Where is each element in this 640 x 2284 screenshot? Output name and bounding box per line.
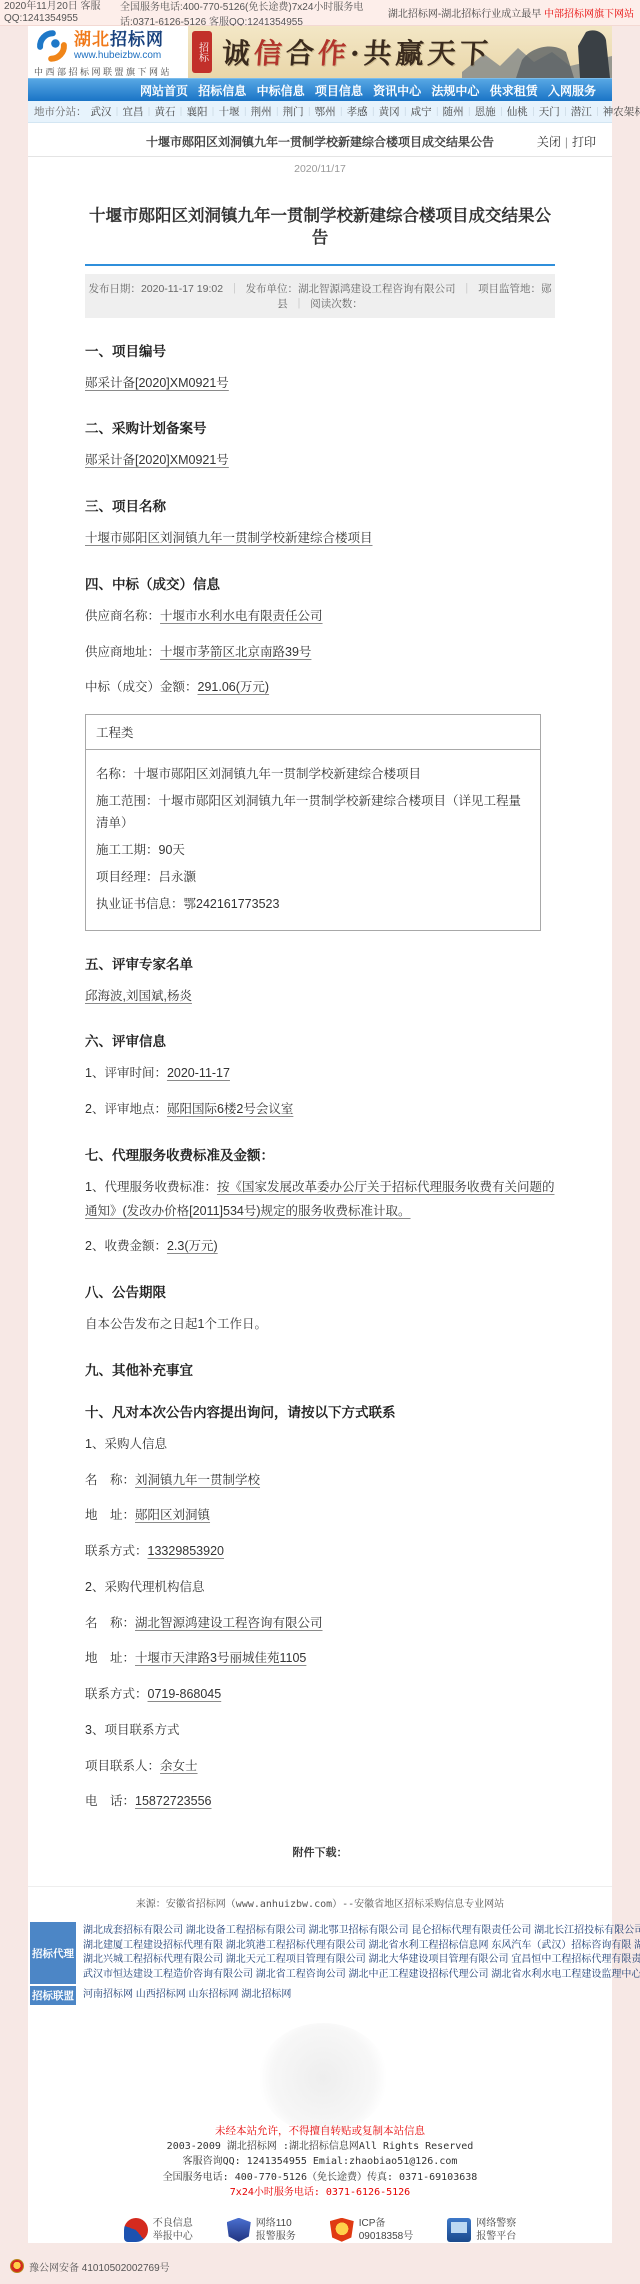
agency-address: 十堰市天津路3号丽城佳苑1105 <box>135 1651 306 1665</box>
copy-warning: 未经本站允许，不得擅自转贴或复制本站信息 <box>28 2123 612 2139</box>
expert-list: 邱海波,刘国斌,杨炎 <box>85 989 192 1003</box>
supplier-address-line: 供应商地址：十堰市茅箭区北京南路39号 <box>85 641 555 665</box>
article-title: 十堰市郧阳区刘洞镇九年一贯制学校新建综合楼项目成交结果公告 <box>85 205 555 250</box>
supplier-name: 十堰市水利水电有限责任公司 <box>160 609 323 623</box>
calligraphy-tail: ·共赢天下 <box>349 37 493 70</box>
agency-fee-standard-line: 1、代理服务收费标准：按《国家发展改革委办公厅关于招标代理服务收费有关问题的通知… <box>85 1176 555 1224</box>
main-nav: 网站首页 招标信息 中标信息 项目信息 资讯中心 法规中心 供求租赁 入网服务 <box>28 78 612 101</box>
section-8-heading: 八、公告期限 <box>85 1281 555 1301</box>
table-row: 项目经理：吕永灏 <box>96 867 530 888</box>
project-phone-line: 电 话：15872723556 <box>85 1790 555 1814</box>
region-link-xianning[interactable]: 咸宁 <box>400 104 432 119</box>
agency-fee-amount-line: 2、收费金额：2.3(万元) <box>85 1235 555 1259</box>
section-7-heading: 七、代理服务收费标准及金额： <box>85 1144 555 1164</box>
beian-row: 豫公网安备 41010502002769号 <box>0 2251 640 2284</box>
region-link-wuhan[interactable]: 武汉 <box>91 104 112 119</box>
region-link-huangshi[interactable]: 黄石 <box>144 104 176 119</box>
review-time: 2020-11-17 <box>167 1066 230 1080</box>
agency-links-line[interactable]: 湖北建厦工程建设招标代理有限 湖北筑港工程招标代理有限公司 湖北省水利工程招标信… <box>83 1939 640 1954</box>
footer-copyright: 未经本站允许，不得擅自转贴或复制本站信息 2003-2009 湖北招标网 :湖北… <box>28 2007 612 2243</box>
project-phone: 15872723556 <box>135 1794 211 1808</box>
works-info-table: 工程类 名称：十堰市郧阳区刘洞镇九年一贯制学校新建综合楼项目 施工范围：十堰市郧… <box>85 714 541 931</box>
nav-item-regulation-center[interactable]: 法规中心 <box>431 82 479 99</box>
purchaser-name-line: 名 称：刘洞镇九年一贯制学校 <box>85 1469 555 1493</box>
phone-line: 全国服务电话: 400-770-5126（免长途费）传真: 0371-69103… <box>28 2170 612 2186</box>
bid-seal-icon: 招标 <box>192 31 212 73</box>
project-contact-group-title: 3、项目联系方式 <box>85 1719 555 1743</box>
alliance-list-label: 招标联盟 <box>30 1986 76 2005</box>
agency-tel: 0719-868045 <box>148 1687 222 1701</box>
procurement-plan-number: 郧采计备[2020]XM0921号 <box>85 453 229 467</box>
print-button[interactable]: 打印 <box>572 135 596 149</box>
agency-links-line[interactable]: 武汉市恒达建设工程造价咨询有限公司 湖北省工程咨询公司 湖北中正工程建设招标代理… <box>83 1968 640 1983</box>
topbar: 2020年11月20日 客服QQ:1241354955 全国服务电话:400-7… <box>0 0 640 26</box>
calligraphy-char-red: 作 <box>317 37 351 70</box>
topbar-parent-site-link[interactable]: 中部招标网旗下网站 <box>544 9 634 20</box>
announcement-period: 自本公告发布之日起1个工作日。 <box>85 1313 555 1337</box>
region-link-jingzhou[interactable]: 荆州 <box>240 104 272 119</box>
topbar-service-phone: 全国服务电话:400-770-5126(免长途费)7x24小时服务电话:0371… <box>120 0 380 28</box>
contact-line: 客服咨询QQ: 1241354955 Emial:zhaobiao51@126.… <box>28 2154 612 2170</box>
site-name-part2: 招标网 <box>110 30 164 49</box>
icp-badge[interactable]: ICP备09018358号 <box>330 2217 414 2243</box>
article-source: 来源：安徽省招标网（www.anhuizbw.com）--安徽省地区招标采购信息… <box>28 1886 612 1920</box>
titlebar-title: 十堰市郧阳区刘洞镇九年一贯制学校新建综合楼项目成交结果公告 <box>44 133 596 150</box>
agency-links-line[interactable]: 湖北兴城工程招标代理有限公司 湖北天元工程项目管理有限公司 湖北大华建设项目管理… <box>83 1953 640 1968</box>
agency-name: 湖北智源鸿建设工程咨询有限公司 <box>135 1616 323 1630</box>
public-security-badge-icon <box>10 2259 24 2273</box>
region-link-qianjiang[interactable]: 潜江 <box>560 104 592 119</box>
purchaser-tel-line: 联系方式：13329853920 <box>85 1540 555 1564</box>
section-6-heading: 六、评审信息 <box>85 1030 555 1050</box>
table-row: 执业证书信息：鄂242161773523 <box>96 894 530 915</box>
police-shield-icon <box>227 2218 251 2242</box>
site-name-part1: 湖北 <box>74 30 110 49</box>
region-link-enshi[interactable]: 恩施 <box>464 104 496 119</box>
agency-links[interactable]: 湖北成套招标有限公司 湖北设备工程招标有限公司 湖北鄂卫招标有限公司 昆仑招标代… <box>79 1922 640 1984</box>
purchaser-address-line: 地 址：郧阳区刘洞镇 <box>85 1504 555 1528</box>
title-underline-rule <box>85 264 555 266</box>
hotline-line: 7x24小时服务电话: 0371-6126-5126 <box>28 2185 612 2201</box>
region-link-xiaogan[interactable]: 孝感 <box>336 104 368 119</box>
topbar-date-qq: 2020年11月20日 客服QQ:1241354955 <box>4 1 112 24</box>
site-header: 湖北招标网 www.hubeizbw.com 中西部招标网联盟旗下网站 招标 诚… <box>28 26 612 78</box>
banner-calligraphy: 诚信合作·共赢天下 <box>221 32 494 72</box>
close-button[interactable]: 关闭 <box>537 135 561 149</box>
project-number: 郧采计备[2020]XM0921号 <box>85 376 229 390</box>
nav-item-project-info[interactable]: 项目信息 <box>315 82 363 99</box>
alliance-links[interactable]: 河南招标网 山西招标网 山东招标网 湖北招标网 <box>79 1986 610 2005</box>
alliance-links-line[interactable]: 河南招标网 山西招标网 山东招标网 湖北招标网 <box>83 1988 606 2003</box>
titlebar-date: 2020/11/17 <box>28 157 612 179</box>
site-logo-text: 湖北招标网 www.hubeizbw.com <box>74 31 164 62</box>
region-link-xiantao[interactable]: 仙桃 <box>496 104 528 119</box>
region-link-huanggang[interactable]: 黄冈 <box>368 104 400 119</box>
review-place: 郧阳国际6楼2号会议室 <box>167 1102 293 1116</box>
agency-fee-amount: 2.3(万元) <box>167 1239 218 1253</box>
region-label: 地市分站： <box>34 104 87 119</box>
topbar-site-claim: 湖北招标网-湖北招标行业成立最早 <box>388 9 541 20</box>
region-link-shennongjia[interactable]: 神农架林区 <box>592 104 640 119</box>
nav-item-membership[interactable]: 入网服务 <box>548 82 596 99</box>
topbar-right: 湖北招标网-湖北招标行业成立最早 中部招标网旗下网站 <box>388 5 636 20</box>
footer-links: 招标代理 湖北成套招标有限公司 湖北设备工程招标有限公司 湖北鄂卫招标有限公司 … <box>28 1920 612 2005</box>
region-link-suizhou[interactable]: 随州 <box>432 104 464 119</box>
agency-tel-line: 联系方式：0719-868045 <box>85 1683 555 1707</box>
page: 2020年11月20日 客服QQ:1241354955 全国服务电话:400-7… <box>0 0 640 2284</box>
meta-publish-date: 发布日期：2020-11-17 19:02 <box>88 283 223 295</box>
site-url: www.hubeizbw.com <box>74 50 164 62</box>
article-meta: 发布日期：2020-11-17 19:02发布单位：湖北智源鸿建设工程咨询有限公… <box>85 274 555 318</box>
agency-links-line[interactable]: 湖北成套招标有限公司 湖北设备工程招标有限公司 湖北鄂卫招标有限公司 昆仑招标代… <box>83 1924 640 1939</box>
award-amount: 291.06(万元) <box>198 680 270 694</box>
calligraphy-char-red: 信 <box>253 37 287 70</box>
calligraphy-char: 诚 <box>221 37 255 70</box>
project-contact-line: 项目联系人：余女士 <box>85 1755 555 1779</box>
project-contact: 余女士 <box>160 1759 198 1773</box>
review-place-line: 2、评审地点：郧阳国际6楼2号会议室 <box>85 1098 555 1122</box>
site-container: 湖北招标网 www.hubeizbw.com 中西部招标网联盟旗下网站 招标 诚… <box>28 26 612 2243</box>
supplier-name-line: 供应商名称：十堰市水利水电有限责任公司 <box>85 605 555 629</box>
review-time-line: 1、评审时间：2020-11-17 <box>85 1062 555 1086</box>
region-link-yichang[interactable]: 宜昌 <box>112 104 144 119</box>
region-link-tianmen[interactable]: 天门 <box>528 104 560 119</box>
section-5-heading: 五、评审专家名单 <box>85 953 555 973</box>
region-link-jingmen[interactable]: 荆门 <box>272 104 304 119</box>
net-police-monitor-icon <box>447 2218 471 2242</box>
table-row: 名称：十堰市郧阳区刘洞镇九年一贯制学校新建综合楼项目 <box>96 764 530 785</box>
net-police-badge[interactable]: 网络警察报警平台 <box>447 2217 516 2243</box>
supplier-address: 十堰市茅箭区北京南路39号 <box>160 645 311 659</box>
nav-item-supply-demand[interactable]: 供求租赁 <box>490 82 538 99</box>
section-4-heading: 四、中标（成交）信息 <box>85 573 555 593</box>
region-link-xiangyang[interactable]: 襄阳 <box>176 104 208 119</box>
purchaser-name: 刘洞镇九年一贯制学校 <box>135 1473 260 1487</box>
meta-views: 阅读次数： <box>288 298 363 310</box>
region-link-ezhou[interactable]: 鄂州 <box>304 104 336 119</box>
region-bar: 地市分站： 武汉 宜昌 黄石 襄阳 十堰 荆州 荆门 鄂州 孝感 黄冈 咸宁 随… <box>28 101 612 123</box>
attachment-download-label: 附件下载： <box>85 1844 555 1860</box>
agency-list-label: 招标代理 <box>30 1922 76 1984</box>
section-9-heading: 九、其他补充事宜 <box>85 1359 555 1379</box>
agency-address-line: 地 址：十堰市天津路3号丽城佳苑1105 <box>85 1647 555 1671</box>
nav-item-home[interactable]: 网站首页 <box>140 82 188 99</box>
meta-publisher: 发布单位：湖北智源鸿建设工程咨询有限公司 <box>223 283 456 295</box>
nav-item-winning-info[interactable]: 中标信息 <box>257 82 305 99</box>
purchaser-group-title: 1、采购人信息 <box>85 1433 555 1457</box>
bad-info-report-badge[interactable]: 不良信息举报中心 <box>124 2217 193 2243</box>
calligraphy-char: 合 <box>285 37 319 70</box>
site-slogan: 中西部招标网联盟旗下网站 <box>34 65 188 78</box>
net110-badge[interactable]: 网络110报警服务 <box>227 2217 296 2243</box>
section-1-heading: 一、项目编号 <box>85 340 555 360</box>
announcement-article: 十堰市郧阳区刘洞镇九年一贯制学校新建综合楼项目成交结果公告 发布日期：2020-… <box>85 205 555 1860</box>
section-10-heading: 十、凡对本次公告内容提出询问，请按以下方式联系 <box>85 1401 555 1421</box>
icp-shield-icon <box>330 2218 354 2242</box>
award-amount-line: 中标（成交）金额：291.06(万元) <box>85 676 555 700</box>
bad-info-report-icon <box>124 2218 148 2242</box>
beian-number: 豫公网安备 41010502002769号 <box>29 2259 170 2274</box>
article-titlebar: 十堰市郧阳区刘洞镇九年一贯制学校新建综合楼项目成交结果公告 关闭|打印 <box>28 123 612 157</box>
titlebar-separator: | <box>565 135 568 149</box>
agency-name-line: 名 称：湖北智源鸿建设工程咨询有限公司 <box>85 1612 555 1636</box>
site-logo[interactable]: 湖北招标网 www.hubeizbw.com 中西部招标网联盟旗下网站 <box>28 26 188 78</box>
table-row: 施工工期：90天 <box>96 840 530 861</box>
nav-item-news-center[interactable]: 资讯中心 <box>373 82 421 99</box>
copyright-line: 2003-2009 湖北招标网 :湖北招标信息网All Rights Reser… <box>28 2139 612 2155</box>
banner: 招标 诚信合作·共赢天下 <box>188 26 612 78</box>
watermark-circle <box>258 2023 388 2133</box>
purchaser-address: 郧阳区刘洞镇 <box>135 1508 210 1522</box>
purchaser-tel: 13329853920 <box>148 1544 224 1558</box>
section-2-heading: 二、采购计划备案号 <box>85 417 555 437</box>
nav-item-tender-info[interactable]: 招标信息 <box>198 82 246 99</box>
works-table-header: 工程类 <box>86 715 540 750</box>
agency-group-title: 2、采购代理机构信息 <box>85 1576 555 1600</box>
project-name: 十堰市郧阳区刘洞镇九年一贯制学校新建综合楼项目 <box>85 531 373 545</box>
site-logo-icon <box>34 29 70 63</box>
footer-badges: 不良信息举报中心 网络110报警服务 ICP备09018358号 网络警察报警平… <box>28 2217 612 2243</box>
section-3-heading: 三、项目名称 <box>85 495 555 515</box>
region-link-shiyan[interactable]: 十堰 <box>208 104 240 119</box>
table-row: 施工范围：十堰市郧阳区刘洞镇九年一贯制学校新建综合楼项目（详见工程量清单） <box>96 791 530 834</box>
topbar-date: 2020年11月20日 <box>4 1 78 12</box>
